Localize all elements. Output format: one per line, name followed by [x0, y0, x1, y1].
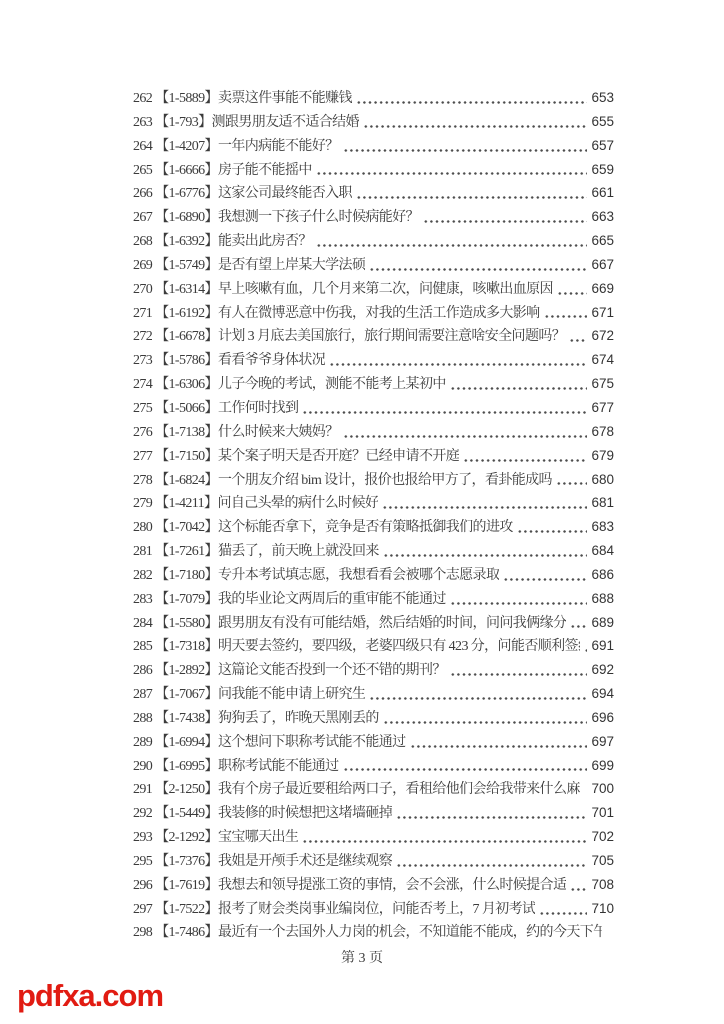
dot-leader	[394, 801, 589, 825]
toc-entry: 268 【1-6392】能卖出此房否？ 665	[133, 229, 614, 253]
dot-leader	[367, 682, 589, 706]
dot-leader	[501, 563, 589, 587]
toc-entry-text: 275 【1-5066】工作何时找到	[133, 397, 298, 421]
dot-leader	[381, 706, 590, 730]
dot-leader	[568, 611, 589, 635]
toc-entry-text: 286 【1-2892】这篇论文能否投到一个还不错的期刊？	[133, 659, 446, 683]
toc-entry: 274 【1-6306】儿子今晚的考试，测能不能考上某初中 675	[133, 372, 614, 396]
watermark-pdfxa: pdfxa.com	[17, 978, 163, 1014]
toc-entry-text: 280 【1-7042】这个标能否拿下，竞争是否有策略抵御我们的进攻	[133, 516, 513, 540]
dot-leader	[408, 730, 590, 754]
dot-leader	[314, 158, 590, 182]
dot-leader	[341, 134, 590, 158]
dot-leader	[448, 658, 590, 682]
toc-entry: 298 【1-7486】最近有一个去国外人力岗的机会，不知道能不能成，约的今天下…	[133, 921, 614, 945]
dot-leader	[381, 539, 590, 563]
dot-leader	[542, 301, 590, 325]
toc-entry-text: 292 【1-5449】我装修的时候想把这堵墙砸掉	[133, 802, 392, 826]
dot-leader	[461, 444, 589, 468]
dot-leader	[354, 181, 590, 205]
toc-entry-text: 289 【1-6994】这个想问下职称考试能不能通过	[133, 731, 406, 755]
toc-entry: 279 【1-4211】问自己头晕的病什么时候好 681	[133, 491, 614, 515]
toc-entry: 278 【1-6824】一个朋友介绍 bim 设计，报价也报给甲方了，看卦能成吗…	[133, 468, 614, 492]
toc-entry-text: 270 【1-6314】早上咳嗽有血，几个月来第二次，问健康，咳嗽出血原因	[133, 278, 553, 302]
toc-entry-text: 272 【1-6678】计划 3 月底去美国旅行，旅行期间需要注意啥安全问题吗？	[133, 325, 565, 349]
toc-entry: 285 【1-7318】明天要去签约，要四级，老婆四级只有 423 分，问能否顺…	[133, 634, 614, 658]
toc-entry-page: 702	[591, 825, 614, 849]
toc-entry: 297 【1-7522】报考了财会类岗事业编岗位，问能否考上，7 月初考试 71…	[133, 897, 614, 921]
toc-entry: 295 【1-7376】我姐是开颅手术还是继续观察 705	[133, 849, 614, 873]
toc-entry-page: 680	[591, 468, 614, 492]
dot-leader	[604, 921, 612, 945]
dot-leader	[448, 587, 590, 611]
toc-entry-page: 667	[591, 253, 614, 277]
toc-entry-text: 264 【1-4207】一年内病能不能好？	[133, 135, 339, 159]
toc-entry-page: 679	[591, 444, 614, 468]
toc-entry-page: 701	[591, 801, 614, 825]
toc-entry: 289 【1-6994】这个想问下职称考试能不能通过 697	[133, 730, 614, 754]
toc-entry-text: 290 【1-6995】职称考试能不能通过	[133, 755, 339, 779]
toc-entry: 282 【1-7180】专升本考试填志愿，我想看看会被哪个志愿录取 686	[133, 563, 614, 587]
dot-leader	[394, 849, 589, 873]
toc-entry-page: 700	[591, 777, 614, 801]
toc-entry-page: 694	[591, 682, 614, 706]
dot-leader	[448, 372, 590, 396]
toc-entry-page: 661	[591, 181, 614, 205]
toc-entry-page: 684	[591, 539, 614, 563]
toc-entry-page: 691	[591, 634, 614, 658]
toc-entry-text: 268 【1-6392】能卖出此房否？	[133, 230, 312, 254]
page-number-footer: 第 3 页	[0, 947, 724, 967]
toc-entry-text: 263 【1-793】测跟男朋友适不适合结婚	[133, 111, 359, 135]
toc-entry-page: 665	[591, 229, 614, 253]
toc-entry-text: 291 【2-1250】我有个房子最近要租给两口子，看租给他们会给我带来什么麻烦…	[133, 778, 580, 802]
toc-entry-page: 686	[591, 563, 614, 587]
dot-leader	[554, 468, 590, 492]
toc-entry-page: 689	[591, 611, 614, 635]
toc-entry-page: 710	[591, 897, 614, 921]
toc-entry-page: 675	[591, 372, 614, 396]
toc-entry-page: 699	[591, 754, 614, 778]
toc-list: 262 【1-5889】卖票这件事能不能赚钱 653 263 【1-793】测跟…	[133, 86, 614, 944]
toc-entry: 277 【1-7150】某个案子明天是否开庭？已经申请不开庭 679	[133, 444, 614, 468]
toc-entry: 280 【1-7042】这个标能否拿下，竞争是否有策略抵御我们的进攻 683	[133, 515, 614, 539]
toc-entry-text: 267 【1-6890】我想测一下孩子什么时候病能好？	[133, 206, 419, 230]
dot-leader	[314, 229, 590, 253]
toc-entry-page: 697	[591, 730, 614, 754]
dot-leader	[567, 324, 589, 348]
toc-entry-text: 271 【1-6192】有人在微博恶意中伤我，对我的生活工作造成多大影响	[133, 302, 540, 326]
toc-entry-page: 677	[591, 396, 614, 420]
toc-entry-page: 653	[591, 86, 614, 110]
toc-entry: 286 【1-2892】这篇论文能否投到一个还不错的期刊？ 692	[133, 658, 614, 682]
toc-entry-text: 296 【1-7619】我想去和领导提涨工资的事情，会不会涨，什么时候提合适	[133, 874, 566, 898]
dot-leader	[537, 897, 589, 921]
dot-leader	[555, 277, 590, 301]
dot-leader	[361, 110, 590, 134]
toc-entry-page: 672	[591, 324, 614, 348]
toc-entry-page: 663	[591, 205, 614, 229]
dot-leader	[367, 253, 589, 277]
toc-entry-page: 681	[591, 491, 614, 515]
toc-entry-text: 295 【1-7376】我姐是开颅手术还是继续观察	[133, 850, 392, 874]
toc-entry-text: 284 【1-5580】跟男朋友有没有可能结婚，然后结婚的时间，问问我俩缘分	[133, 612, 566, 636]
toc-entry-text: 265 【1-6666】房子能不能摇中	[133, 159, 312, 183]
dot-leader	[515, 515, 590, 539]
toc-entry-text: 285 【1-7318】明天要去签约，要四级，老婆四级只有 423 分，问能否顺…	[133, 635, 580, 659]
toc-entry: 275 【1-5066】工作何时找到 677	[133, 396, 614, 420]
toc-entry: 271 【1-6192】有人在微博恶意中伤我，对我的生活工作造成多大影响 671	[133, 301, 614, 325]
toc-entry-text: 281 【1-7261】猫丢了，前天晚上就没回来	[133, 540, 379, 564]
toc-entry: 281 【1-7261】猫丢了，前天晚上就没回来 684	[133, 539, 614, 563]
toc-entry: 283 【1-7079】我的毕业论文两周后的重审能不能通过 688	[133, 587, 614, 611]
toc-entry-text: 274 【1-6306】儿子今晚的考试，测能不能考上某初中	[133, 373, 446, 397]
toc-entry-page: 705	[591, 849, 614, 873]
toc-entry: 269 【1-5749】是否有望上岸某大学法硕 667	[133, 253, 614, 277]
toc-entry-page: 671	[591, 301, 614, 325]
toc-entry-text: 276 【1-7138】什么时候来大姨妈？	[133, 421, 339, 445]
toc-entry-text: 273 【1-5786】看看爷爷身体状况	[133, 349, 325, 373]
dot-leader	[568, 873, 589, 897]
dot-leader	[582, 634, 590, 658]
toc-entry: 296 【1-7619】我想去和领导提涨工资的事情，会不会涨，什么时候提合适 7…	[133, 873, 614, 897]
toc-entry: 265 【1-6666】房子能不能摇中 659	[133, 158, 614, 182]
toc-entry: 272 【1-6678】计划 3 月底去美国旅行，旅行期间需要注意啥安全问题吗？…	[133, 324, 614, 348]
toc-entry-page: 674	[591, 348, 614, 372]
toc-entry-page: 655	[591, 110, 614, 134]
toc-entry-text: 278 【1-6824】一个朋友介绍 bim 设计，报价也报给甲方了，看卦能成吗	[133, 469, 552, 493]
dot-leader	[327, 348, 589, 372]
toc-entry: 273 【1-5786】看看爷爷身体状况 674	[133, 348, 614, 372]
toc-entry: 270 【1-6314】早上咳嗽有血，几个月来第二次，问健康，咳嗽出血原因 66…	[133, 277, 614, 301]
toc-entry-text: 269 【1-5749】是否有望上岸某大学法硕	[133, 254, 365, 278]
toc-entry: 291 【2-1250】我有个房子最近要租给两口子，看租给他们会给我带来什么麻烦…	[133, 777, 614, 801]
toc-entry-page: 696	[591, 706, 614, 730]
toc-entry-page: 692	[591, 658, 614, 682]
dot-leader	[421, 205, 590, 229]
toc-entry-text: 277 【1-7150】某个案子明天是否开庭？已经申请不开庭	[133, 445, 459, 469]
toc-entry-text: 282 【1-7180】专升本考试填志愿，我想看看会被哪个志愿录取	[133, 564, 499, 588]
toc-entry-page: 657	[591, 134, 614, 158]
toc-entry-text: 279 【1-4211】问自己头晕的病什么时候好	[133, 492, 378, 516]
toc-entry-text: 262 【1-5889】卖票这件事能不能赚钱	[133, 87, 352, 111]
toc-entry-text: 266 【1-6776】这家公司最终能否入职	[133, 182, 352, 206]
toc-entry: 293 【2-1292】宝宝哪天出生 702	[133, 825, 614, 849]
toc-entry-page: 708	[591, 873, 614, 897]
toc-entry-page: 669	[591, 277, 614, 301]
dot-leader	[300, 825, 589, 849]
toc-entry: 266 【1-6776】这家公司最终能否入职 661	[133, 181, 614, 205]
toc-entry: 288 【1-7438】狗狗丢了，昨晚天黑刚丢的 696	[133, 706, 614, 730]
dot-leader	[380, 491, 589, 515]
toc-entry: 290 【1-6995】职称考试能不能通过 699	[133, 754, 614, 778]
dot-leader	[354, 86, 590, 110]
toc-entry: 264 【1-4207】一年内病能不能好？ 657	[133, 134, 614, 158]
dot-leader	[341, 754, 590, 778]
toc-entry-text: 288 【1-7438】狗狗丢了，昨晚天黑刚丢的	[133, 707, 379, 731]
toc-entry: 267 【1-6890】我想测一下孩子什么时候病能好？ 663	[133, 205, 614, 229]
toc-entry: 263 【1-793】测跟男朋友适不适合结婚 655	[133, 110, 614, 134]
toc-entry-text: 293 【2-1292】宝宝哪天出生	[133, 826, 298, 850]
toc-entry-page: 659	[591, 158, 614, 182]
document-page: 262 【1-5889】卖票这件事能不能赚钱 653 263 【1-793】测跟…	[0, 0, 724, 1024]
dot-leader	[300, 396, 589, 420]
toc-entry-text: 297 【1-7522】报考了财会类岗事业编岗位，问能否考上，7 月初考试	[133, 898, 535, 922]
toc-entry: 284 【1-5580】跟男朋友有没有可能结婚，然后结婚的时间，问问我俩缘分 6…	[133, 611, 614, 635]
toc-entry: 292 【1-5449】我装修的时候想把这堵墙砸掉 701	[133, 801, 614, 825]
toc-entry-page: 683	[591, 515, 614, 539]
dot-leader	[341, 420, 590, 444]
toc-entry-text: 287 【1-7067】问我能不能申请上研究生	[133, 683, 365, 707]
toc-entry: 262 【1-5889】卖票这件事能不能赚钱 653	[133, 86, 614, 110]
toc-entry: 287 【1-7067】问我能不能申请上研究生 694	[133, 682, 614, 706]
toc-entry: 276 【1-7138】什么时候来大姨妈？ 678	[133, 420, 614, 444]
dot-leader	[582, 777, 589, 801]
toc-entry-page: 688	[591, 587, 614, 611]
toc-entry-text: 283 【1-7079】我的毕业论文两周后的重审能不能通过	[133, 588, 446, 612]
toc-entry-text: 298 【1-7486】最近有一个去国外人力岗的机会，不知道能不能成，约的今天下…	[133, 921, 602, 945]
toc-entry-page: 678	[591, 420, 614, 444]
